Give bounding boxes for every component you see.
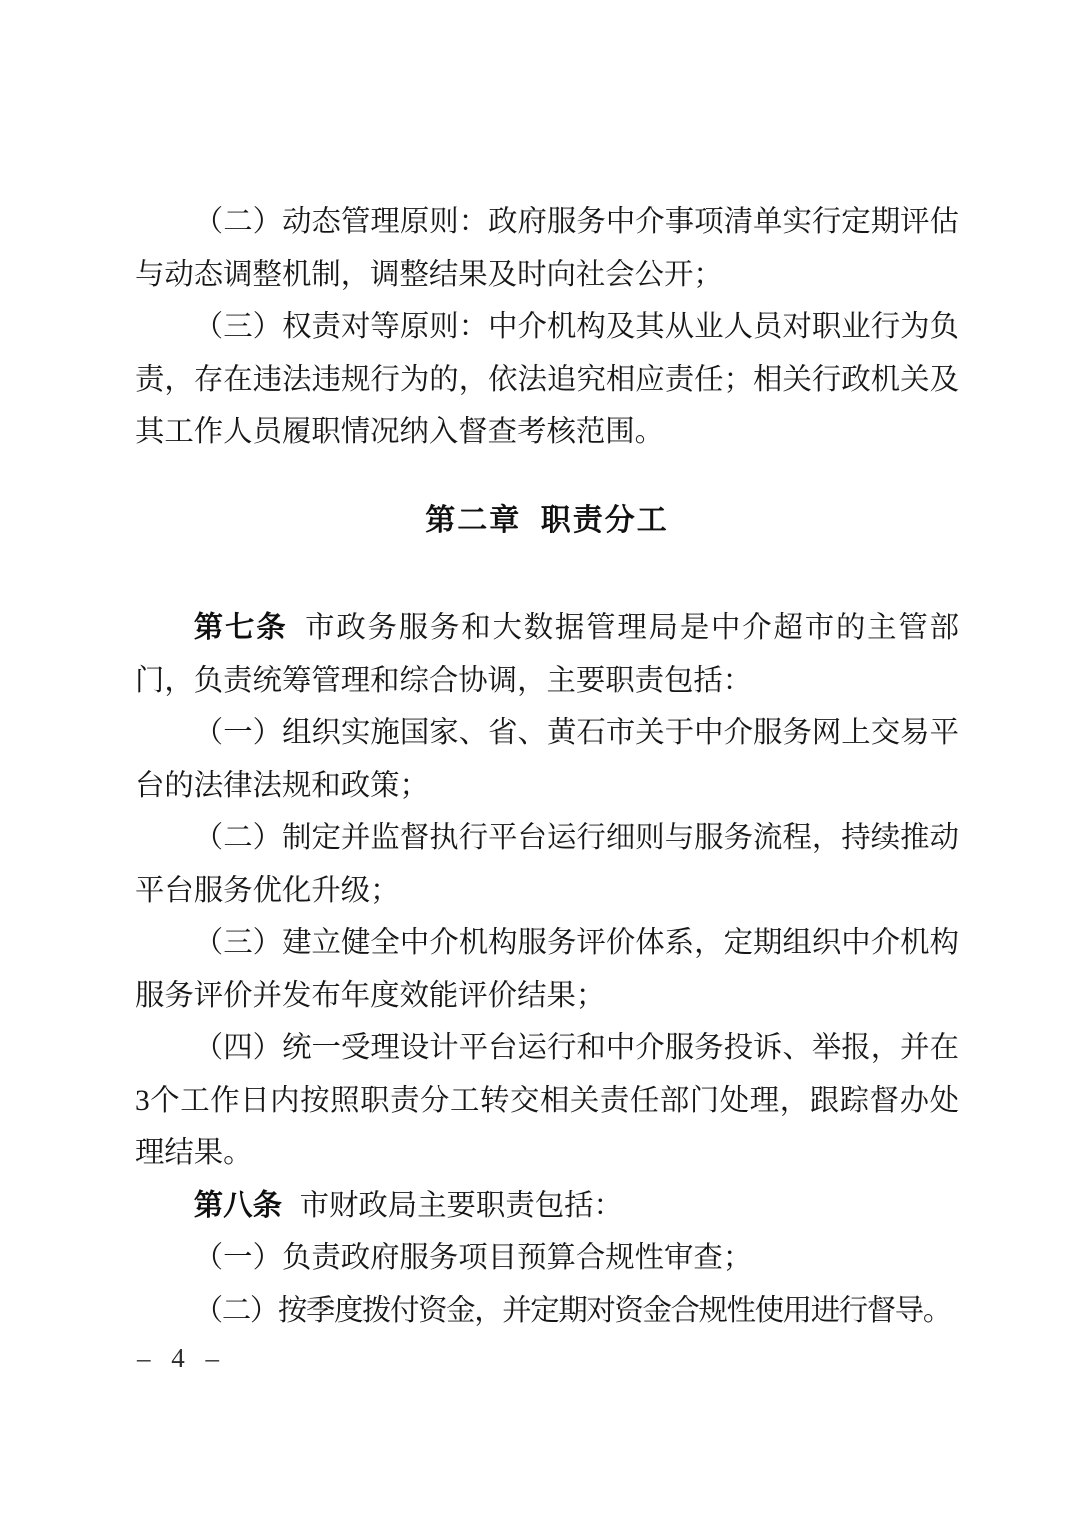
article-8-item-1: （一）负责政府服务项目预算合规性审查；	[135, 1232, 959, 1285]
page-number: – 4 –	[137, 1342, 226, 1374]
article-7-item-4: （四）统一受理设计平台运行和中介服务投诉、举报，并在3个工作日内按照职责分工转交…	[135, 1022, 959, 1180]
article-8-label: 第八条	[194, 1190, 282, 1222]
article-8-intro-text: 市财政局主要职责包括：	[300, 1190, 623, 1222]
paragraph-principle-3: （三）权责对等原则：中介机构及其从业人员对职业行为负责，存在违法违规行为的，依法…	[135, 301, 959, 459]
article-7-label: 第七条	[194, 612, 288, 644]
document-body: （二）动态管理原则：政府服务中介事项清单实行定期评估与动态调整机制，调整结果及时…	[135, 196, 959, 1337]
chapter-number: 第二章	[425, 504, 521, 537]
article-8-paragraph: 第八条市财政局主要职责包括：	[135, 1180, 959, 1233]
article-7-item-1: （一）组织实施国家、省、黄石市关于中介服务网上交易平台的法律法规和政策；	[135, 707, 959, 812]
document-page: （二）动态管理原则：政府服务中介事项清单实行定期评估与动态调整机制，调整结果及时…	[0, 0, 1074, 1520]
paragraph-principle-2: （二）动态管理原则：政府服务中介事项清单实行定期评估与动态调整机制，调整结果及时…	[135, 196, 959, 301]
chapter-title: 职责分工	[541, 504, 669, 537]
chapter-heading: 第二章职责分工	[135, 495, 959, 548]
article-7-paragraph: 第七条市政务服务和大数据管理局是中介超市的主管部门，负责统筹管理和综合协调，主要…	[135, 602, 959, 707]
article-8-item-2: （二）按季度拨付资金，并定期对资金合规性使用进行督导。	[135, 1285, 959, 1338]
article-7-item-3: （三）建立健全中介机构服务评价体系，定期组织中介机构服务评价并发布年度效能评价结…	[135, 917, 959, 1022]
article-7-item-2: （二）制定并监督执行平台运行细则与服务流程，持续推动平台服务优化升级；	[135, 812, 959, 917]
